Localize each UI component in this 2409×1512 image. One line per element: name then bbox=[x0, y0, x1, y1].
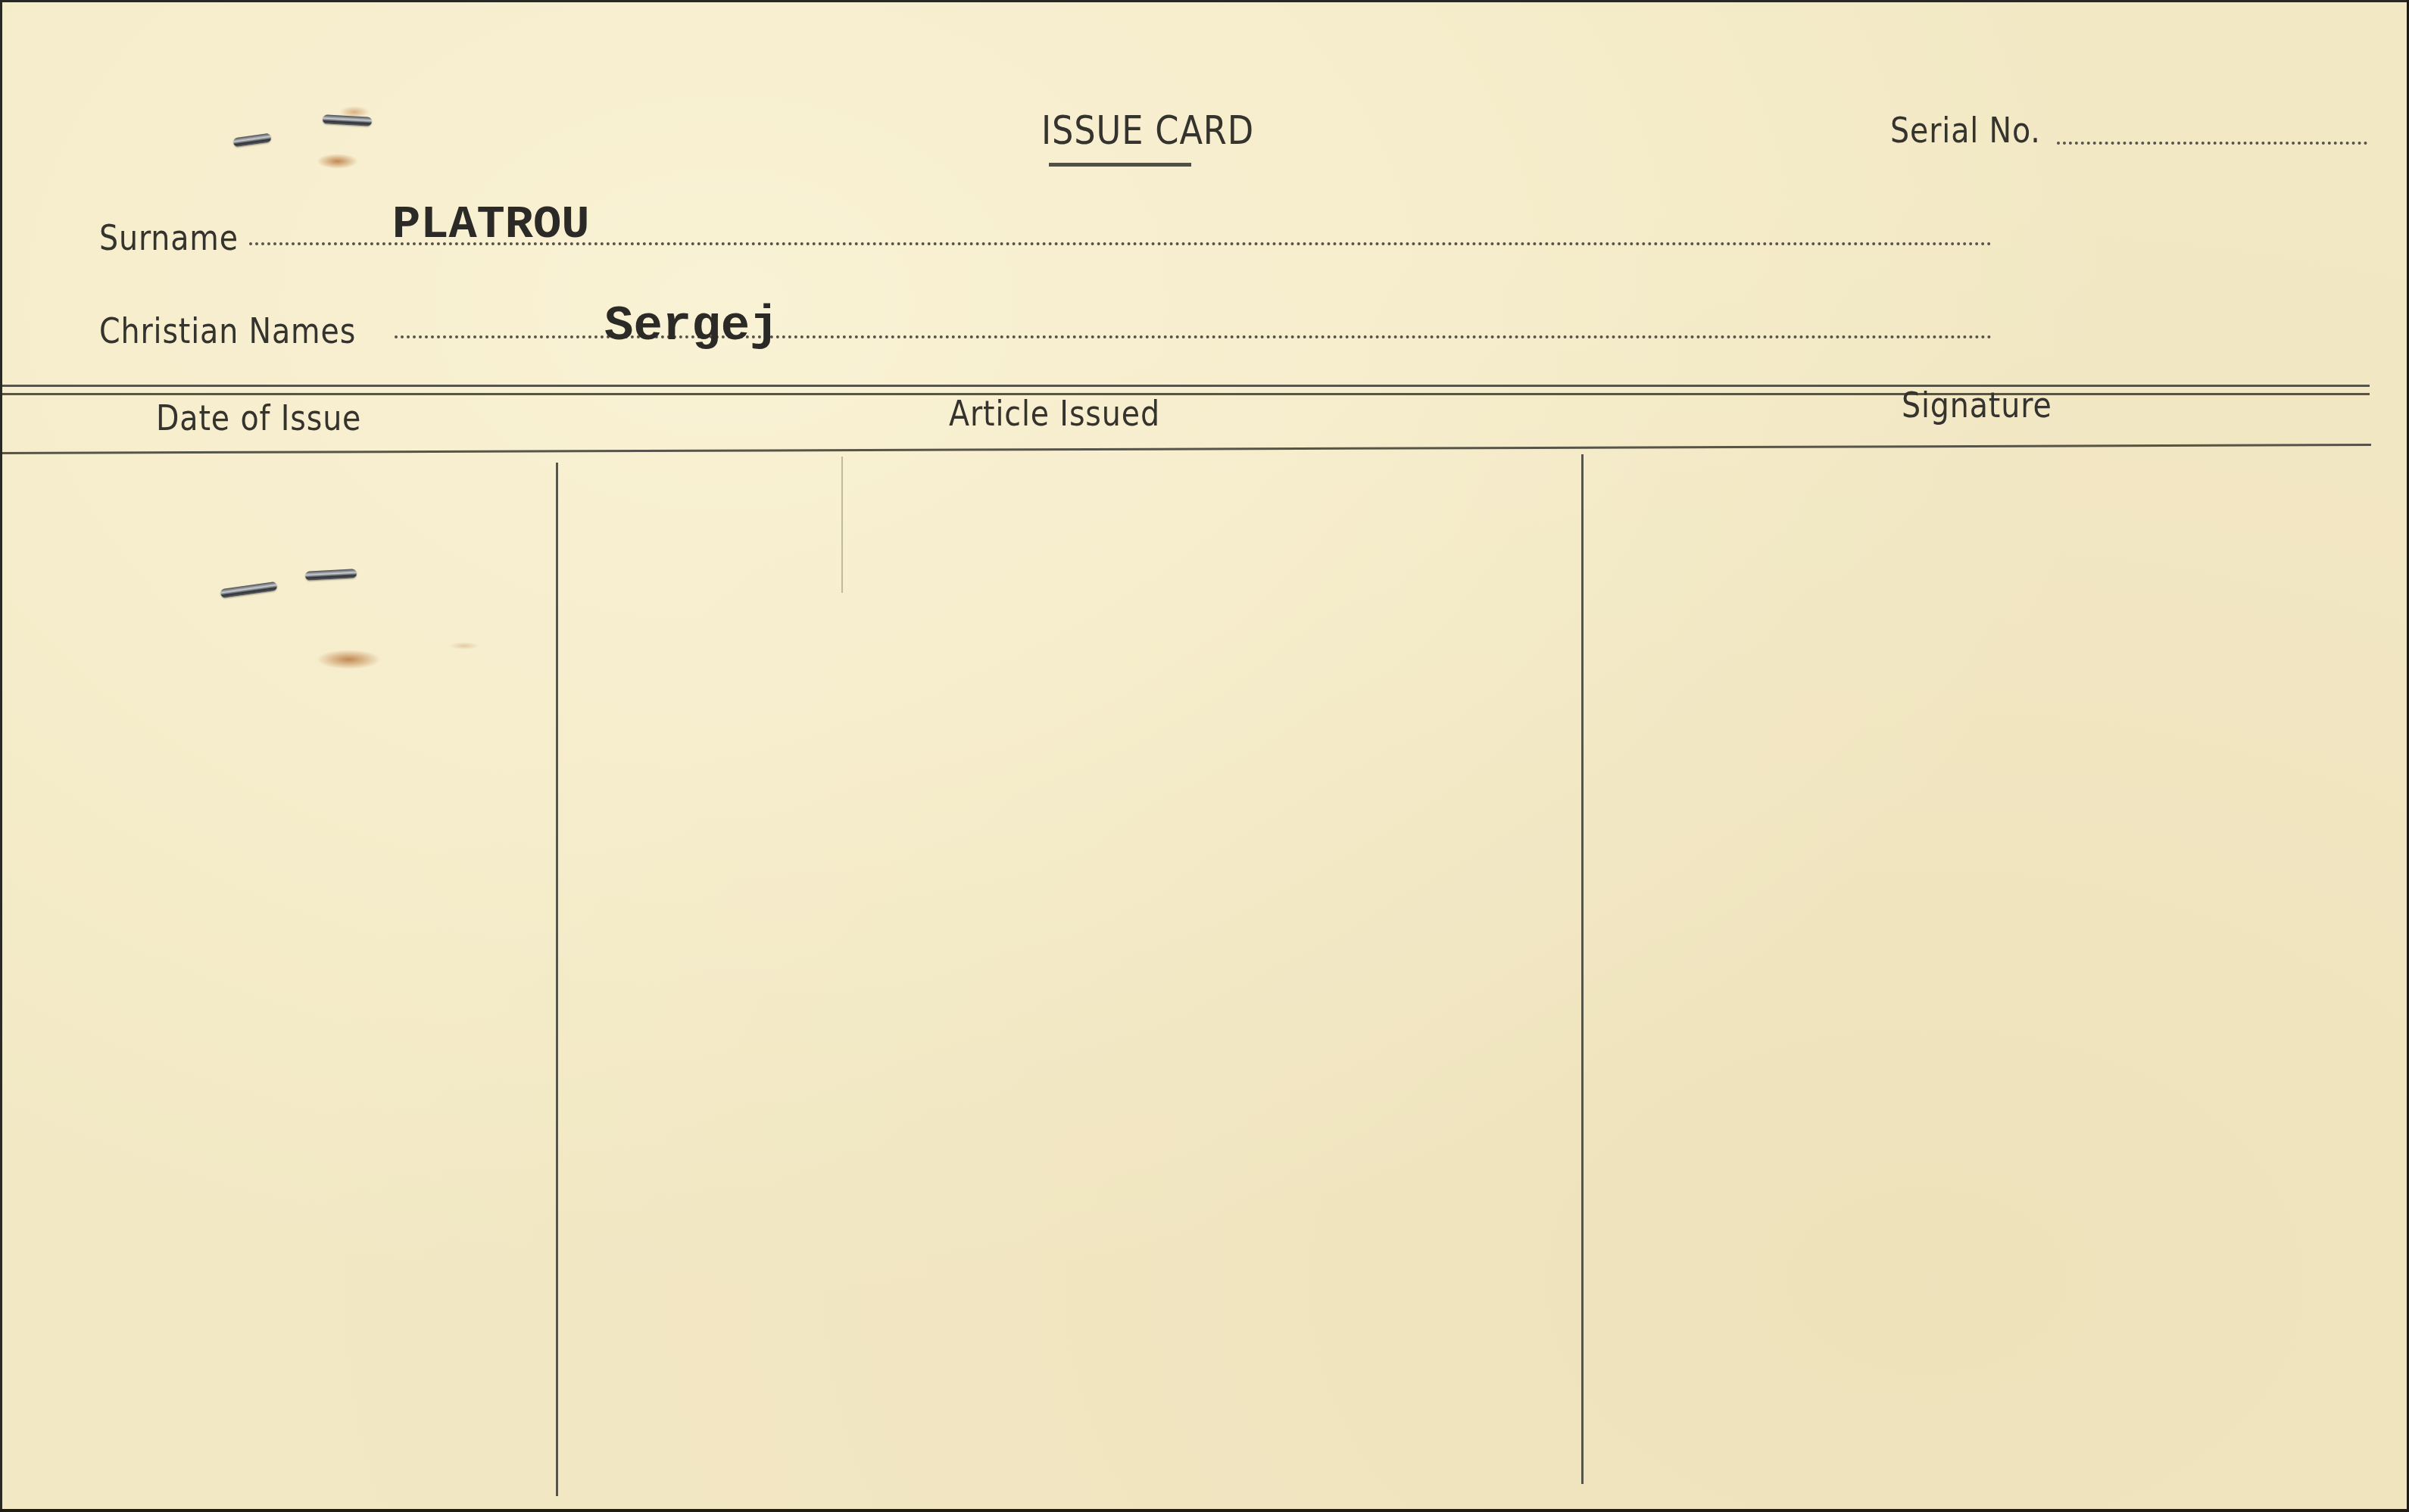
date-of-issue-column[interactable] bbox=[2, 464, 555, 1509]
christian-names-label: Christian Names bbox=[99, 310, 356, 351]
column-divider-2 bbox=[1581, 454, 1584, 1484]
surname-label: Surname bbox=[99, 217, 239, 258]
rust-stain bbox=[317, 650, 381, 669]
card-title: ISSUE CARD bbox=[1041, 108, 1254, 154]
signature-column[interactable] bbox=[1585, 457, 2407, 1509]
article-issued-column[interactable] bbox=[559, 464, 1580, 1509]
column-header-date-of-issue: Date of Issue bbox=[156, 397, 361, 438]
column-header-signature: Signature bbox=[1902, 385, 2052, 426]
column-header-article-issued: Article Issued bbox=[949, 393, 1160, 434]
rust-stain bbox=[339, 106, 370, 118]
issue-card: ISSUE CARD Serial No. Surname PLATROU Ch… bbox=[0, 0, 2407, 1509]
staple-mark bbox=[232, 133, 271, 148]
surname-value: PLATROU bbox=[392, 198, 589, 251]
serial-number-label: Serial No. bbox=[1890, 110, 2041, 151]
rust-stain bbox=[449, 642, 479, 650]
header-bottom-rule bbox=[2, 444, 2371, 454]
title-underline bbox=[1049, 163, 1191, 167]
christian-names-value: Sergej bbox=[604, 300, 779, 354]
serial-number-field[interactable] bbox=[2057, 142, 2367, 145]
column-divider-1 bbox=[556, 463, 558, 1496]
rust-stain bbox=[317, 154, 358, 169]
